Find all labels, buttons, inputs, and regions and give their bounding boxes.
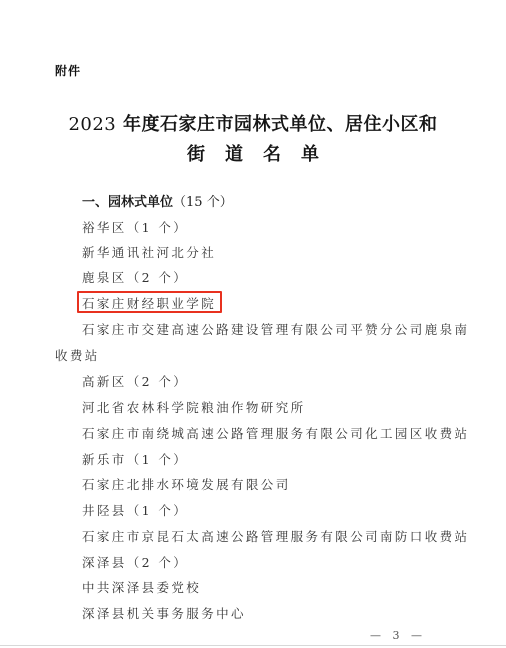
annex-label: 附件 xyxy=(55,62,81,79)
list-item-district: 深泽县（2 个） xyxy=(82,553,188,571)
list-item-unit: 石家庄市交建高速公路建设管理有限公司平赞分公司鹿泉南 xyxy=(82,320,469,338)
list-item-district: 井陉县（1 个） xyxy=(82,501,188,519)
list-item-unit: 石家庄市南绕城高速公路管理服务有限公司化工园区收费站 xyxy=(82,424,469,442)
list-item-district: 鹿泉区（2 个） xyxy=(82,268,188,286)
title-year: 2023 xyxy=(68,114,116,135)
list-item-unit: 中共深泽县委党校 xyxy=(82,578,201,596)
section-heading-text: 一、园林式单位 xyxy=(82,195,173,210)
list-item-unit: 河北省农林科学院粮油作物研究所 xyxy=(82,398,306,416)
list-item-unit: 石家庄市京昆石太高速公路管理服务有限公司南防口收费站 xyxy=(82,527,469,545)
list-item-district: 裕华区（1 个） xyxy=(82,218,188,236)
document-title-line-1: 2023 年度石家庄市园林式单位、居住小区和 xyxy=(0,110,506,136)
title-text: 年度石家庄市园林式单位、居住小区和 xyxy=(116,114,437,135)
list-item-district: 新乐市（1 个） xyxy=(82,450,188,468)
page-number: — 3 — xyxy=(370,629,426,642)
list-item-district: 高新区（2 个） xyxy=(82,372,188,390)
document-page: 附件 2023 年度石家庄市园林式单位、居住小区和 街道名单 一、园林式单位（1… xyxy=(0,0,506,648)
section-heading: 一、园林式单位（15 个） xyxy=(82,191,233,210)
list-item-unit: 石家庄北排水环境发展有限公司 xyxy=(82,475,291,493)
list-item-unit-highlighted: 石家庄财经职业学院 xyxy=(82,294,216,312)
document-title-line-2: 街道名单 xyxy=(0,140,506,166)
section-count: （15 个） xyxy=(173,195,233,210)
list-item-unit: 新华通讯社河北分社 xyxy=(82,243,216,261)
list-item-unit-continuation: 收费站 xyxy=(55,346,100,364)
list-item-unit: 深泽县机关事务服务中心 xyxy=(82,604,246,622)
page-bottom-divider xyxy=(0,645,506,646)
